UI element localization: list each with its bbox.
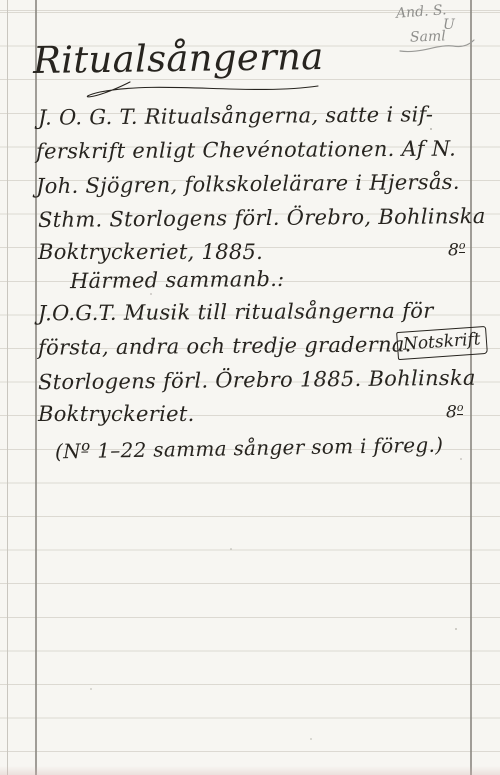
- paper-specks: [430, 128, 432, 130]
- entry2-line4: Boktryckeriet.: [38, 404, 195, 425]
- entry2-inserted-label-box: Notskrift: [396, 326, 487, 360]
- left-margin-line: [35, 0, 37, 775]
- entry2-format-digit: 8: [446, 403, 457, 423]
- entry2-line2: första, andra och tredje graderna.: [38, 334, 412, 358]
- pencil-annotation-line3: Saml: [410, 28, 446, 45]
- page-bottom-edge: [0, 766, 500, 775]
- footnote: (Nº 1–22 samma sånger som i föreg.): [55, 435, 444, 462]
- entry1-line1: J. O. G. T. Ritualsångerna, satte i sif-: [38, 104, 433, 128]
- left-edge-line: [7, 0, 8, 775]
- pencil-annotation-line1: And. S.: [396, 2, 448, 21]
- entry2-format-octavo: 8o: [446, 402, 463, 423]
- title-flourish: [70, 80, 320, 106]
- entry1-format-superscript: o: [459, 239, 466, 253]
- entry2-format-superscript: o: [457, 401, 464, 415]
- catalog-card-scan: And. S. U Saml Ritualsångerna J. O. G. T…: [0, 0, 500, 775]
- entry1-line5: Boktryckeriet, 1885.: [38, 242, 263, 263]
- entry1-format-octavo: 8o: [448, 240, 465, 261]
- entry2-line1: J.O.G.T. Musik till ritualsångerna för: [38, 301, 434, 325]
- entry1-line3: Joh. Sjögren, folkskolelärare i Hjersås.: [36, 172, 460, 197]
- entry1-line2: ferskrift enligt Chevénotationen. Af N.: [36, 139, 456, 163]
- entry1-format-digit: 8: [448, 241, 459, 261]
- entry1-line4: Sthm. Storlogens förl. Örebro, Bohlinska: [38, 206, 486, 231]
- page-title: Ritualsångerna: [33, 38, 324, 79]
- binding-note: Härmed sammanb.:: [70, 269, 285, 292]
- entry2-line3: Storlogens förl. Örebro 1885. Bohlinska: [38, 368, 476, 394]
